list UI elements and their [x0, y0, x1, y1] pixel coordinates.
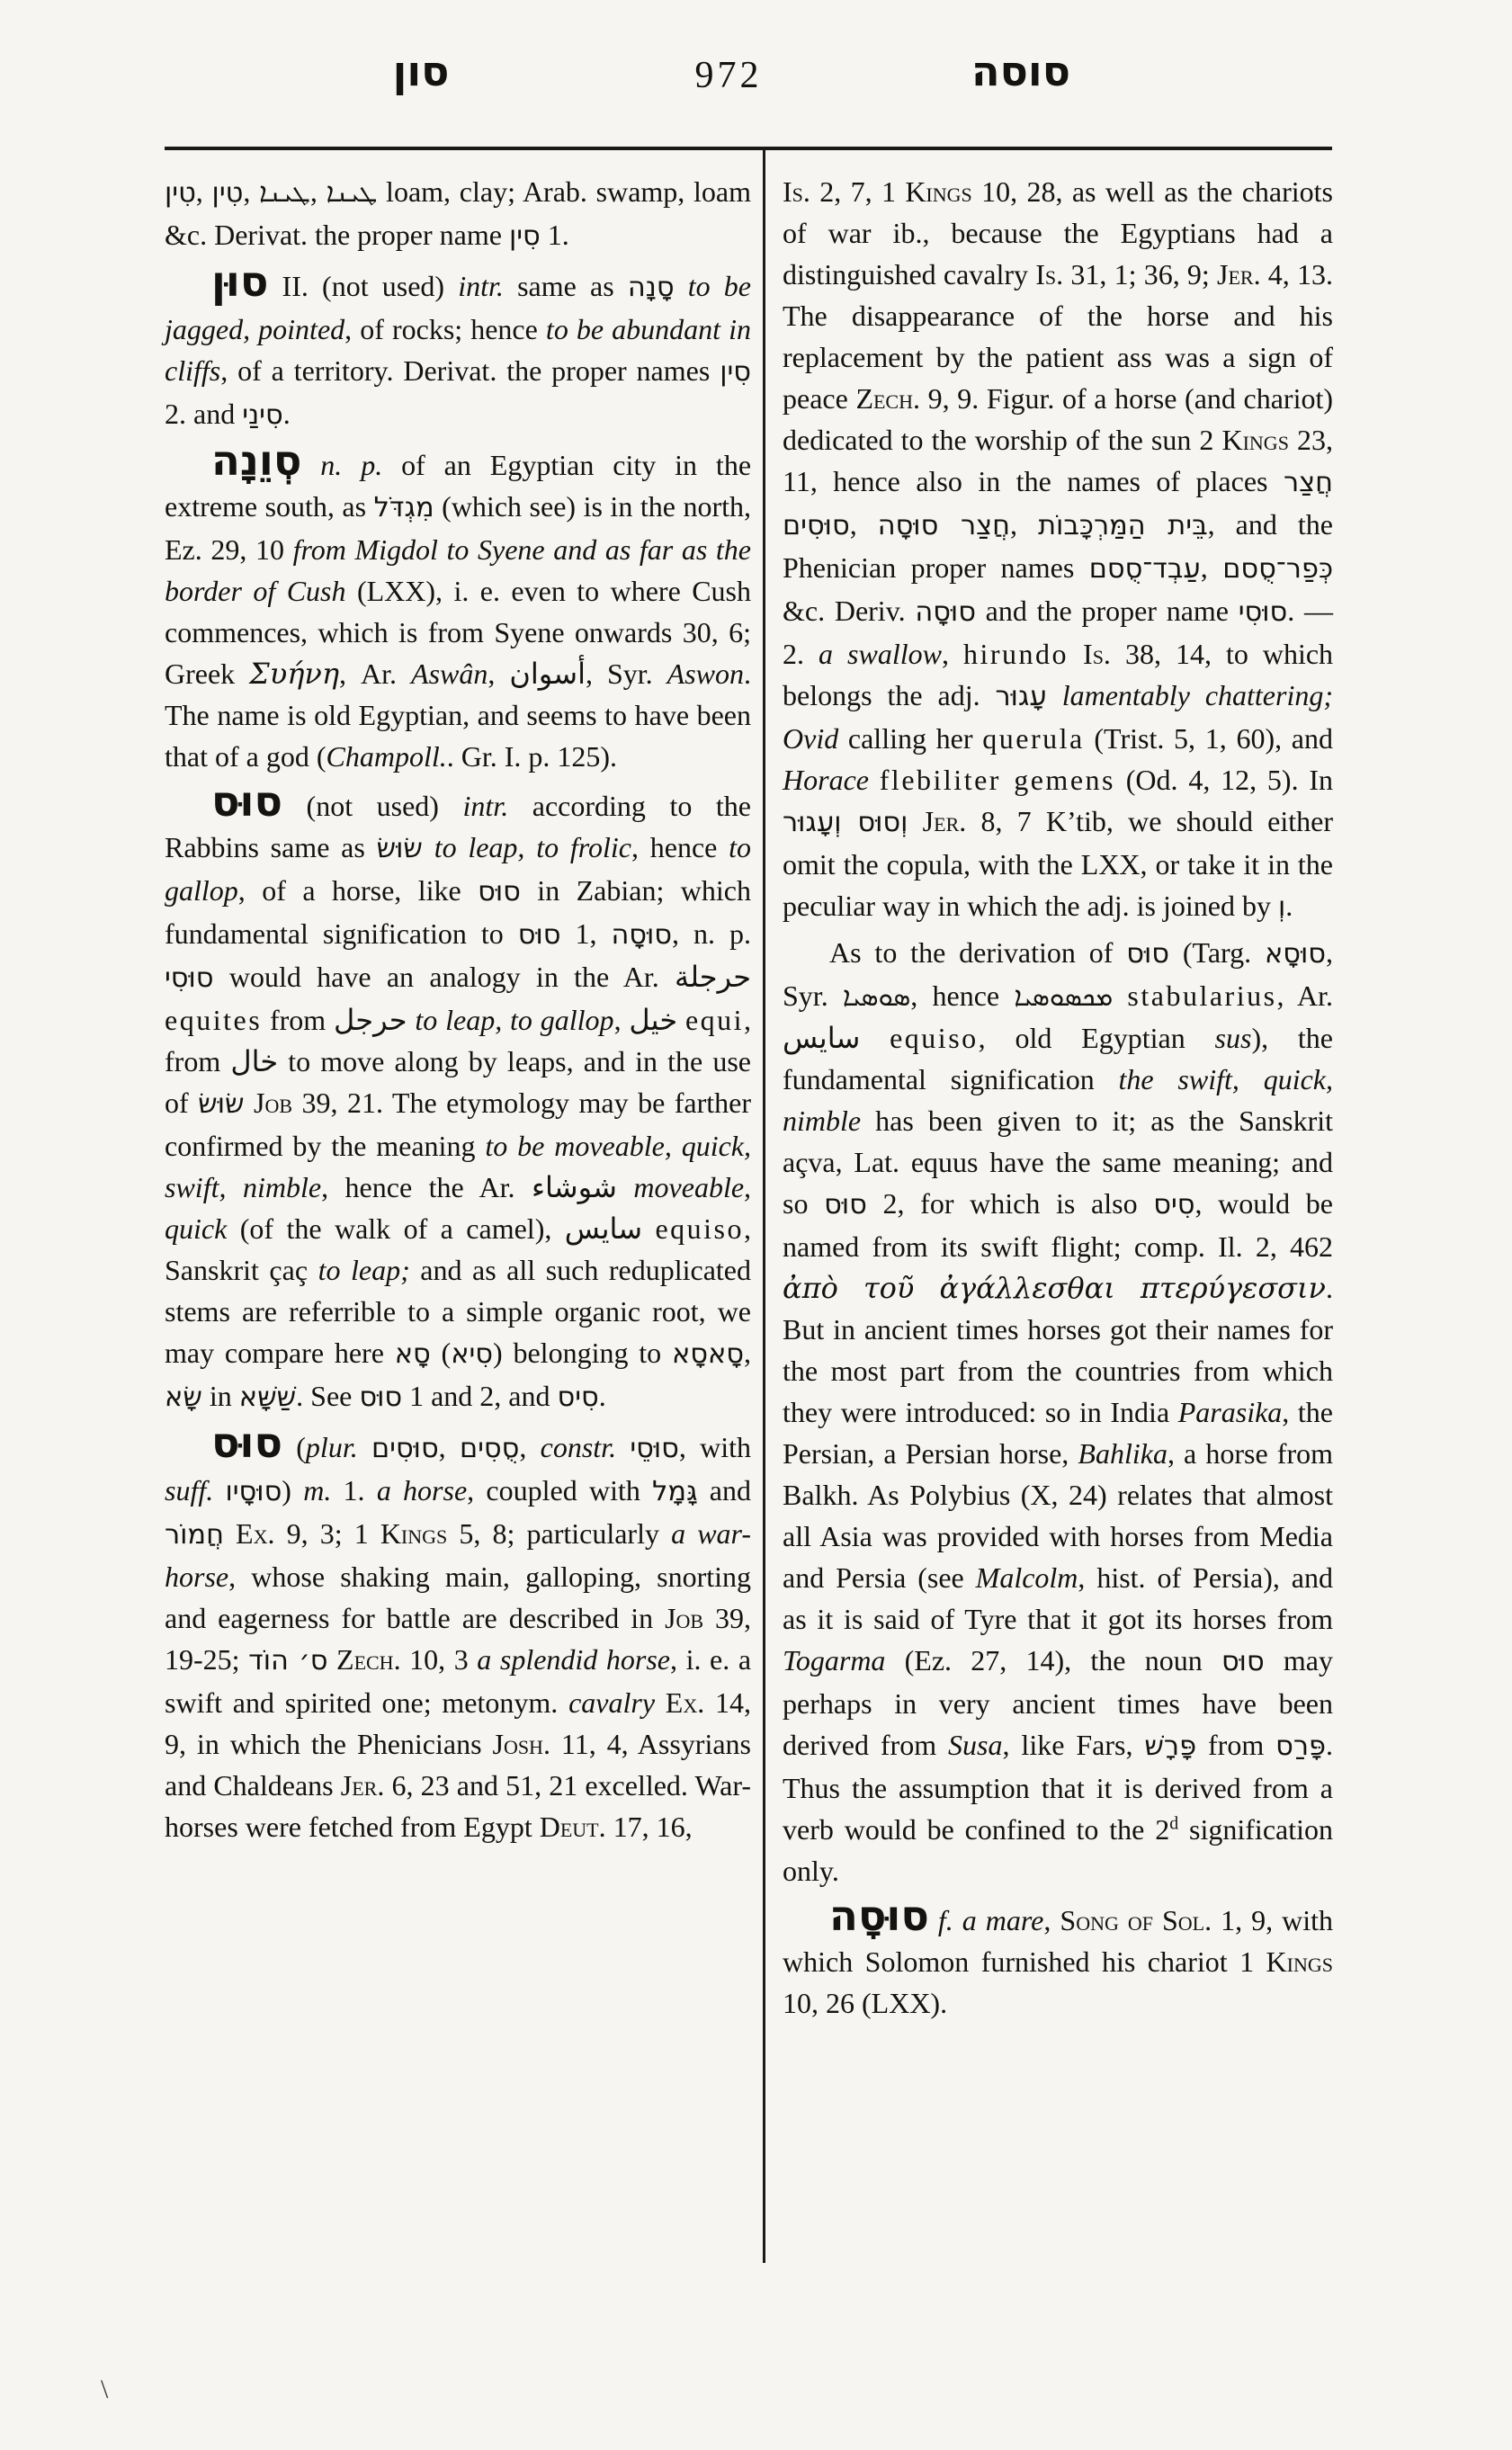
body-text: , [1010, 508, 1038, 541]
spaced-latin: equiso [890, 1022, 979, 1054]
header-rule [165, 147, 1332, 150]
hebrew-text: סָא [395, 1338, 431, 1370]
italic-text: Malcolm [976, 1561, 1078, 1594]
hebrew-headword: סוּסָה [829, 1891, 929, 1940]
body-text: , of a territory. Derivat. the proper na… [220, 354, 720, 387]
hebrew-text: סוּס [1126, 938, 1169, 970]
italic-text: to leap; [318, 1254, 410, 1286]
body-text: , Ar. [339, 657, 411, 690]
reference-abbrev: Is. [783, 175, 810, 208]
entry-sun: סוּן II. (not used) intr. same as סָנָה … [165, 261, 751, 436]
superscript: d [1169, 1813, 1178, 1833]
body-text [929, 1904, 938, 1936]
hebrew-text: סִין [509, 220, 541, 252]
hebrew-text: סֻסִים [460, 1433, 519, 1464]
body-text [358, 1431, 371, 1463]
hebrew-text: חֲמוֹר [165, 1519, 224, 1551]
body-text: , Syr. [586, 657, 667, 690]
greek-text: ἀπὸ τοῦ ἀγάλλεσθαι πτερύγεσσιν [783, 1271, 1326, 1305]
reference-abbrev: Is. [1083, 638, 1111, 670]
reference-abbrev: Job [665, 1602, 703, 1634]
body-text [423, 831, 434, 863]
body-text: , n. p. [672, 917, 751, 950]
italic-text: m. [303, 1474, 331, 1507]
body-text: (not used) [282, 790, 463, 822]
italic-text: Parasika [1178, 1396, 1283, 1428]
reference-abbrev: Kings [380, 1517, 447, 1550]
hebrew-text: סוּסָיו [225, 1476, 282, 1507]
syriac-text: ܛܝܢܐ [259, 177, 310, 208]
hebrew-text: סוּסָה [915, 596, 976, 628]
body-text: , [439, 1431, 460, 1463]
hebrew-text: גָּמָל [652, 1476, 697, 1507]
reference-abbrev: Jer. [923, 805, 967, 837]
arabic-text: سايس [783, 1021, 860, 1055]
body-text: 31, 1; 36, 9; [1063, 258, 1217, 291]
body-text: , [196, 175, 212, 208]
hebrew-text: שָׂא [165, 1381, 202, 1413]
spaced-latin: querula [982, 722, 1084, 755]
entry-sus-root: סוּס (not used) intr. according to the R… [165, 781, 751, 1418]
reference-abbrev: Ex. [666, 1686, 704, 1719]
hebrew-text: סוּס [359, 1381, 402, 1413]
body-text: (Targ. [1169, 936, 1265, 969]
hebrew-headword: סְוֵנָה [211, 436, 301, 485]
syriac-text: ܡܟܣܘܣܝܐ [1014, 981, 1113, 1012]
body-text: , [1201, 551, 1222, 584]
hebrew-text: סוּס [824, 1189, 867, 1221]
entry-sus-noun-continuation: Is. 2, 7, 1 Kings 10, 28, as well as the… [783, 171, 1333, 928]
body-text: . [599, 1380, 606, 1412]
italic-text: plur. [306, 1431, 358, 1463]
body-text: 1 and 2, and [402, 1380, 557, 1412]
italic-text: Susa [948, 1729, 1002, 1761]
body-text: and the proper name [976, 595, 1239, 627]
hebrew-text: מִגְדֹּל [374, 492, 434, 523]
body-text [245, 1086, 255, 1119]
hebrew-text: שׂוּשׂ [377, 833, 423, 864]
hebrew-text: סִיא [451, 1338, 493, 1370]
column-divider [763, 149, 765, 2263]
entry-tin-continuation: טִין, טִין, ܛܝܢܐ, ܛܝܢܐ loam, clay; Arab.… [165, 171, 751, 257]
hebrew-text: עָגוּר [996, 681, 1047, 712]
body-text: 10, 3 [401, 1643, 478, 1676]
right-column: Is. 2, 7, 1 Kings 10, 28, as well as the… [783, 171, 1333, 2024]
body-text: , [850, 508, 878, 541]
syriac-text: ܛܝܢܐ [327, 177, 378, 208]
entry-sus-derivation: As to the derivation of סוּס (Targ. סוּס… [783, 932, 1333, 1891]
body-text: would have an analogy in the Ar. [214, 961, 675, 993]
hebrew-text: שַׁשָּׁא [239, 1381, 296, 1413]
hebrew-text: סָאסָא [672, 1338, 744, 1370]
reference-abbrev: Josh. [492, 1728, 550, 1760]
hebrew-text: פָּרַס [1275, 1730, 1326, 1762]
reference-abbrev: Kings [1221, 424, 1288, 456]
body-text: , [243, 175, 259, 208]
body-text [953, 1904, 962, 1936]
spaced-latin: equites [165, 1004, 262, 1036]
reference-abbrev: Deut. [540, 1811, 606, 1843]
arabic-text: سايس [565, 1212, 642, 1246]
body-text: calling her [838, 722, 982, 755]
body-text: , old Egyptian [979, 1022, 1215, 1054]
body-text: ( [282, 1431, 306, 1463]
body-text: 1. [541, 219, 569, 251]
italic-text: Horace [783, 764, 869, 796]
body-text [224, 1517, 236, 1550]
body-text: in [202, 1380, 239, 1412]
body-text [301, 449, 320, 481]
body-text: , [614, 1004, 630, 1036]
hebrew-text: סוּס [1221, 1646, 1265, 1677]
hebrew-text: סוּסִים [371, 1433, 439, 1464]
body-text: , hence the Ar. [321, 1171, 532, 1203]
body-text: , coupled with [467, 1474, 652, 1507]
body-text [327, 1643, 336, 1676]
italic-text: Ovid [783, 722, 838, 755]
italic-text: Bahlika [1078, 1437, 1168, 1470]
scanned-lexicon-page: סון 972 סוסה טִין, טִין, ܛܝܢܐ, ܛܝܢܐ loam… [0, 0, 1512, 2450]
reference-abbrev: Kings [905, 175, 971, 208]
italic-text: to leap, to gallop [415, 1004, 613, 1036]
hebrew-text: וְ [1278, 891, 1285, 923]
scan-artifact: \ [101, 2374, 108, 2405]
hebrew-text: ס׳ הוֹד [248, 1645, 327, 1677]
italic-text: Champoll. [327, 740, 447, 773]
left-column: טִין, טִין, ܛܝܢܐ, ܛܝܢܐ loam, clay; Arab.… [165, 171, 751, 1847]
italic-text: constr. [541, 1431, 616, 1463]
page-number: 972 [695, 54, 763, 97]
body-text: , [488, 657, 509, 690]
body-text: same as [504, 270, 628, 302]
italic-text: a horse [377, 1474, 467, 1507]
entry-sus-noun: סוּס (plur. סוּסִים, סֻסִים, constr. סוּ… [165, 1422, 751, 1847]
hebrew-text: טִין [212, 177, 244, 209]
italic-text: suff. [165, 1474, 213, 1507]
arabic-text: خيل [629, 1003, 677, 1037]
body-text: 1, [560, 917, 611, 950]
body-text: , of rocks; hence [344, 313, 546, 345]
body-text: and [698, 1474, 751, 1507]
spaced-latin: stabularius [1127, 979, 1276, 1012]
reference-abbrev: Is. [1035, 258, 1063, 291]
body-text: 17, 16, [606, 1811, 693, 1843]
body-text: , [310, 175, 327, 208]
body-text: (Od. 4, 12, 5). In [1115, 764, 1333, 796]
hebrew-text: שׂוּשׂ [198, 1088, 244, 1120]
greek-text: Συήνη [249, 657, 339, 691]
body-text: . [1285, 890, 1293, 922]
body-text: &c. Deriv. [783, 595, 915, 627]
body-text [213, 1474, 225, 1507]
hebrew-text: סוּס [478, 876, 521, 908]
body-text [908, 805, 922, 837]
body-text: 2. and [165, 398, 242, 430]
header-keyword-left: סון [393, 47, 450, 95]
body-text: , hence [910, 979, 1014, 1012]
italic-text: intr. [458, 270, 504, 302]
hebrew-text: סִין [720, 356, 751, 388]
italic-text: cavalry [568, 1686, 655, 1719]
body-text: 2, for which is also [867, 1187, 1153, 1220]
hebrew-text: טִין [165, 177, 196, 209]
body-text: (Ez. 27, 14), the noun [885, 1644, 1221, 1677]
arabic-text: شوشاء [532, 1170, 617, 1204]
body-text: , hence [631, 831, 729, 863]
italic-text: sus [1215, 1022, 1252, 1054]
hebrew-text: סָנָה [628, 272, 675, 303]
italic-text: Togarma [783, 1644, 885, 1677]
body-text: , of a horse, like [238, 874, 478, 907]
reference-abbrev: Zech. [855, 382, 920, 415]
body-text: (Trist. 5, 1, 60), and [1085, 722, 1333, 755]
body-text [677, 1004, 685, 1036]
hebrew-text: עַבְד־סֻסם [1089, 553, 1201, 585]
body-text: . Gr. I. p. 125). [447, 740, 617, 773]
hebrew-text: סִינַי [242, 399, 282, 431]
hebrew-text: סוּסָא [1265, 938, 1326, 970]
body-text: , [1043, 1904, 1060, 1936]
body-text: , Ar. [1277, 979, 1333, 1012]
body-text [1069, 638, 1083, 670]
body-text: 5, 8; particularly [447, 1517, 671, 1550]
body-text: 10, 26 (LXX). [783, 1987, 947, 2019]
reference-abbrev: Song of Sol. [1060, 1904, 1212, 1936]
body-text: , [942, 638, 963, 670]
hebrew-text: סוּס [518, 919, 561, 951]
italic-text: f. [938, 1904, 953, 1936]
body-text: , [519, 1431, 540, 1463]
italic-text: lamentably chattering; [1062, 679, 1333, 711]
body-text [1113, 979, 1127, 1012]
entry-svenah: סְוֵנָה n. p. of an Egyptian city in the… [165, 440, 751, 777]
body-text: . [283, 398, 291, 430]
arabic-text: أسوان [509, 657, 586, 691]
body-text: II. (not used) [268, 270, 458, 302]
reference-abbrev: Job [254, 1086, 292, 1119]
body-text: , with [679, 1431, 751, 1463]
body-text [642, 1212, 655, 1245]
hebrew-text: סוּסִי [165, 962, 214, 994]
reference-abbrev: Jer. [1217, 258, 1261, 291]
reference-abbrev: Jer. [341, 1769, 385, 1802]
body-text: from [262, 1004, 334, 1036]
body-text [617, 1171, 634, 1203]
hebrew-headword: סוּן [211, 257, 268, 306]
spaced-latin: equi [685, 1004, 744, 1036]
italic-text: to leap, to frolic [434, 831, 631, 863]
spaced-latin: flebiliter gemens [880, 764, 1115, 796]
entry-susah: סוּסָה f. a mare, Song of Sol. 1, 9, wit… [783, 1895, 1333, 2024]
body-text: ) belonging to [493, 1337, 672, 1369]
hebrew-text: כְּפַר־סֻסם [1222, 553, 1333, 585]
arabic-text: حرجل [334, 1003, 407, 1037]
arabic-text: حرجلة [675, 960, 751, 994]
hebrew-text: סִיס [1153, 1189, 1194, 1221]
hebrew-text: סוּסִי [1239, 596, 1288, 628]
italic-text: n. p. [320, 449, 382, 481]
body-text: 1. [331, 1474, 377, 1507]
hebrew-text: פָּרָשׁ [1144, 1730, 1196, 1762]
arabic-text: خال [230, 1044, 278, 1078]
reference-abbrev: Kings [1266, 1945, 1333, 1978]
body-text: 2, 7, 1 [810, 175, 905, 208]
reference-abbrev: Ex. [236, 1517, 274, 1550]
italic-text: Aswân [411, 657, 488, 690]
body-text: , [744, 1337, 751, 1369]
body-text [869, 764, 880, 796]
reference-abbrev: Zech. [336, 1643, 401, 1676]
body-text [655, 1686, 666, 1719]
syriac-text: ܣܘܣܝܐ [843, 981, 910, 1012]
body-text: . See [296, 1380, 359, 1412]
spaced-latin: equiso [655, 1212, 744, 1245]
hebrew-text: חֲצַר סוּסָה [878, 510, 1010, 541]
body-text: 9, 3; 1 [274, 1517, 380, 1550]
italic-text: intr. [463, 790, 509, 822]
hebrew-headword: סוּס [211, 777, 282, 826]
hebrew-text: סוּסָה [611, 919, 672, 951]
body-text: (of the walk of a camel), [227, 1212, 564, 1245]
italic-text: a splendid horse [477, 1643, 670, 1676]
hebrew-text: סִיס [557, 1381, 598, 1413]
italic-text: a mare [962, 1904, 1044, 1936]
body-text: ) [282, 1474, 303, 1507]
body-text: As to the derivation of [829, 936, 1126, 969]
spaced-latin: hirundo [963, 638, 1069, 670]
hebrew-text: וְסוּס וְעָגוּר [783, 807, 908, 838]
body-text: from [1196, 1729, 1275, 1761]
body-text [675, 270, 688, 302]
italic-text: Aswon [667, 657, 744, 690]
hebrew-text: סוּסֵי [630, 1433, 679, 1464]
body-text: , whose shaking main, galloping, snortin… [165, 1560, 751, 1634]
hebrew-headword: סוּס [211, 1418, 282, 1467]
header-keyword-right: סוסה [971, 47, 1070, 95]
hebrew-text: בֵּית הַמַּרְכָּבוֹת [1038, 510, 1208, 541]
italic-text: a swallow [819, 638, 942, 670]
body-text [860, 1022, 890, 1054]
body-text [1047, 679, 1062, 711]
body-text: , like Fars, [1002, 1729, 1144, 1761]
body-text: ( [431, 1337, 451, 1369]
body-text [616, 1431, 630, 1463]
